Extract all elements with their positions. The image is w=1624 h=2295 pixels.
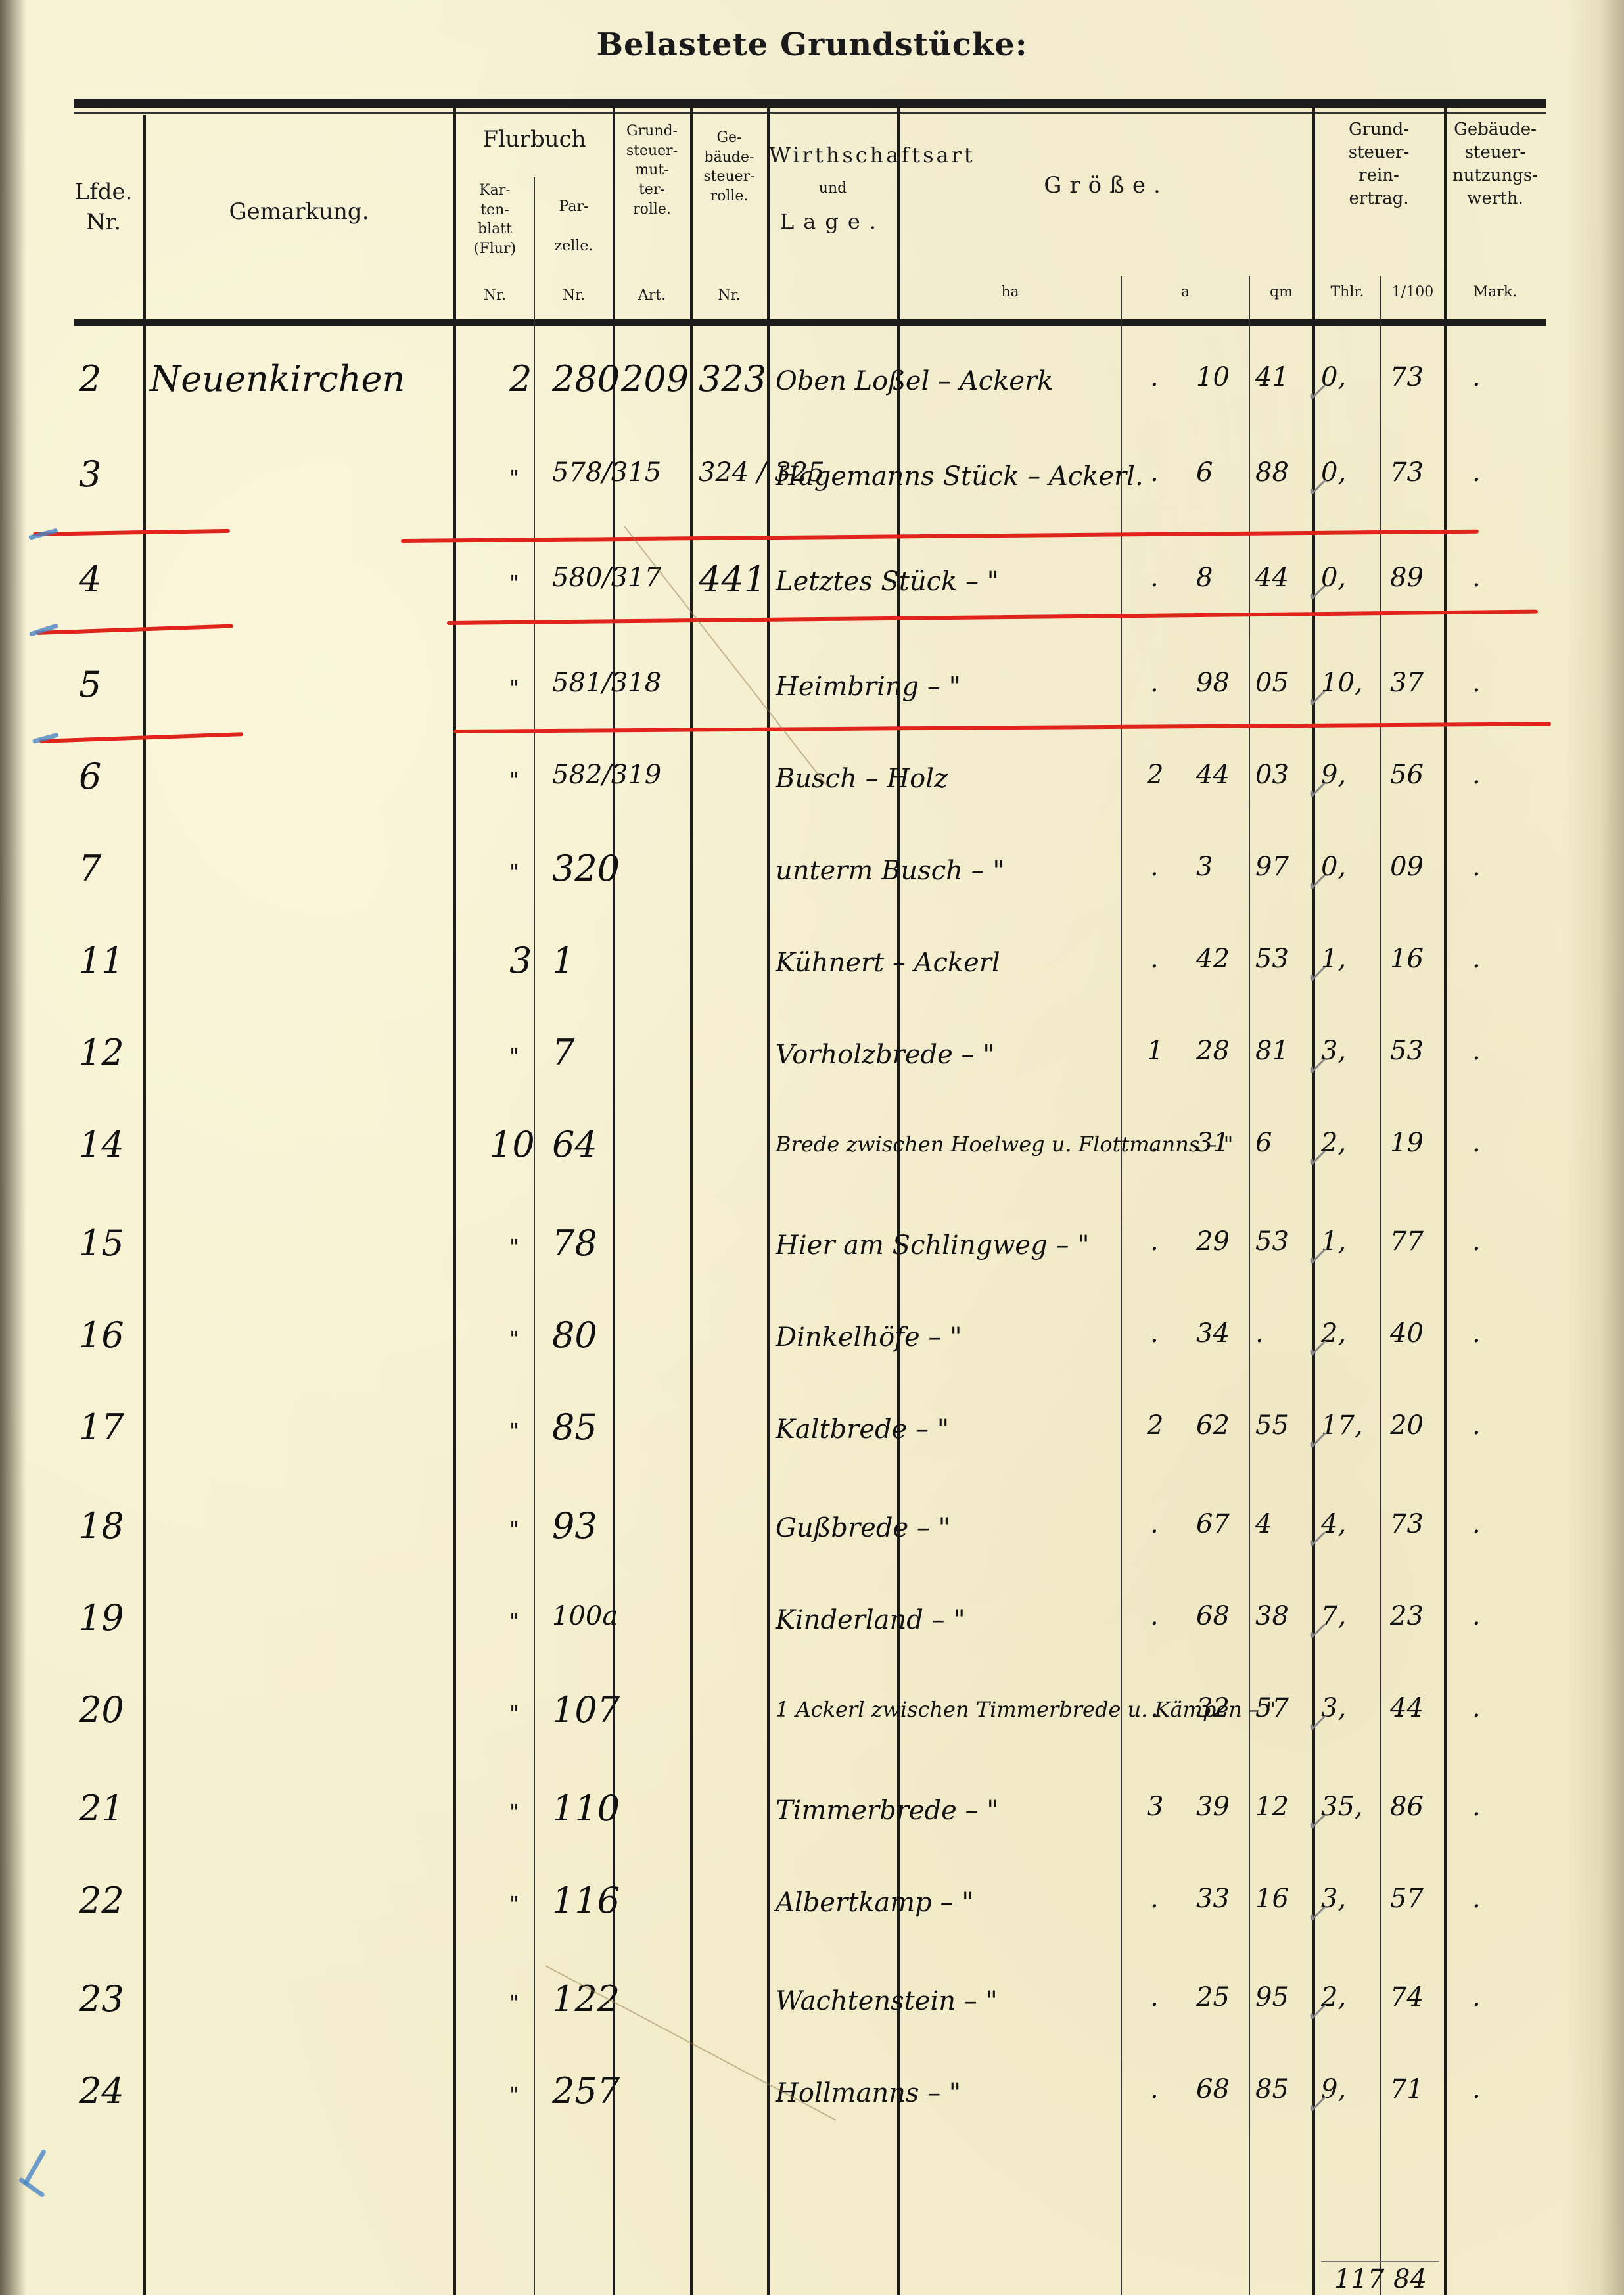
header-hundredths: 1/100 <box>1382 283 1443 302</box>
groesse-ha: . <box>1150 1318 1159 1349</box>
wirthschaftsart-lage: Letztes Stück – " <box>776 567 999 597</box>
row-number: 22 <box>79 1880 124 1921</box>
parzelle-value: 580/317 <box>552 563 661 593</box>
header-kartenblatt-unit: Nr. <box>457 286 533 306</box>
header-re-l2: steuer- <box>1314 141 1443 164</box>
groesse-qm: 16 <box>1255 1884 1289 1914</box>
groesse-ha: . <box>1150 563 1159 593</box>
flur-value: 2 <box>509 358 532 400</box>
nutzungswerth-mark: . <box>1472 760 1481 790</box>
grundsteuermutterrolle-value: 209 <box>621 358 689 400</box>
groesse-a: 44 <box>1196 760 1230 790</box>
flur-value: " <box>509 1891 519 1916</box>
groesse-ha: 2 <box>1147 1410 1163 1441</box>
row-number: 2 <box>79 358 101 400</box>
parzelle-value: 110 <box>552 1788 620 1829</box>
reinertrag-hundredths: 73 <box>1390 1509 1424 1539</box>
check-mark-icon: ✓ <box>1305 960 1327 990</box>
parzelle-value: 78 <box>552 1222 597 1264</box>
col-line-flur <box>534 177 535 2295</box>
check-mark-icon: ✓ <box>1305 2090 1327 2120</box>
nutzungswerth-mark: . <box>1472 1036 1481 1066</box>
groesse-qm: 6 <box>1255 1128 1272 1158</box>
groesse-a: 28 <box>1196 1036 1230 1066</box>
header-lfd-line1: Lfde. <box>66 177 141 208</box>
reinertrag-hundredths: 89 <box>1390 563 1424 593</box>
groesse-qm: 95 <box>1255 1982 1289 2012</box>
strike-row-5-left <box>39 732 243 743</box>
row-number: 18 <box>79 1505 124 1546</box>
header-gsmr-l3: mut- <box>615 160 689 180</box>
nutzungswerth-mark: . <box>1472 2074 1481 2104</box>
groesse-ha: 2 <box>1147 760 1163 790</box>
parzelle-value: 582/319 <box>552 760 661 790</box>
header-re-l1: Grund- <box>1314 118 1443 141</box>
page-title: Belastete Grundstücke: <box>0 26 1624 63</box>
flur-value: " <box>509 860 519 885</box>
parzelle-value: 100a <box>552 1601 618 1631</box>
header-kartenblatt: Kar- ten- blatt (Flur) <box>457 181 533 259</box>
groesse-a: 25 <box>1196 1982 1230 2012</box>
flur-value: " <box>509 1234 519 1259</box>
header-wirthschaftsart: Wirthschaftsart und Lage. <box>769 141 896 236</box>
groesse-qm: 12 <box>1255 1792 1289 1822</box>
reinertrag-hundredths: 71 <box>1390 2074 1424 2104</box>
flur-value: " <box>509 570 519 595</box>
groesse-a: 29 <box>1196 1226 1230 1257</box>
groesse-ha: . <box>1150 668 1159 698</box>
groesse-ha: . <box>1150 1128 1159 1158</box>
wirthschaftsart-lage: Dinkelhöfe – " <box>776 1322 962 1353</box>
check-mark-icon: ✓ <box>1305 578 1327 609</box>
check-mark-icon: ✓ <box>1305 1242 1327 1272</box>
parzelle-value: 578/315 <box>552 457 661 488</box>
header-gemarkung: Gemarkung. <box>146 197 452 227</box>
header-parzelle-l2: zelle. <box>536 237 612 256</box>
check-mark-icon: ✓ <box>1305 378 1327 408</box>
flur-value: 3 <box>509 940 532 981</box>
gemarkung-value: Neuenkirchen <box>150 358 405 400</box>
parzelle-value: 7 <box>552 1032 574 1073</box>
groesse-ha: . <box>1150 1509 1159 1539</box>
wirthschaftsart-lage: Kaltbrede – " <box>776 1414 949 1445</box>
header-gsmr-l2: steuer- <box>615 141 689 161</box>
header-wa-l1: Wirthschaftsart <box>769 141 896 170</box>
groesse-qm: 05 <box>1255 668 1289 698</box>
groesse-a: 42 <box>1196 944 1230 974</box>
col-line-art <box>690 108 693 2295</box>
groesse-qm: 03 <box>1255 760 1289 790</box>
check-mark-icon: ✓ <box>1305 1998 1327 2028</box>
check-mark-icon: ✓ <box>1305 1426 1327 1456</box>
header-kartenblatt-l1: Kar- <box>457 181 533 200</box>
check-mark-icon: ✓ <box>1305 1899 1327 1930</box>
header-gebaeudesteuerrolle: Ge- bäude- steuer- rolle. <box>692 128 766 206</box>
row-number: 6 <box>79 756 101 797</box>
nutzungswerth-mark: . <box>1472 1410 1481 1441</box>
header-parzelle: Par- zelle. <box>536 197 612 256</box>
nutzungswerth-mark: . <box>1472 1792 1481 1822</box>
header-gsmr-unit: Art. <box>615 286 689 306</box>
reinertrag-hundredths: 56 <box>1390 760 1424 790</box>
page-binding-shadow <box>0 0 26 2295</box>
strike-row-3-left <box>33 529 230 536</box>
groesse-qm: 57 <box>1255 1693 1289 1723</box>
col-line-geb <box>767 108 770 2295</box>
reinertrag-thlr: 35, <box>1321 1792 1363 1822</box>
header-qm: qm <box>1251 283 1312 302</box>
col-line-qm <box>1312 99 1315 2295</box>
flur-value: " <box>509 465 519 490</box>
blue-cross-stroke-1 <box>23 2149 47 2185</box>
groesse-a: 98 <box>1196 668 1230 698</box>
nutzungswerth-mark: . <box>1472 1226 1481 1257</box>
groesse-a: 34 <box>1196 1318 1230 1349</box>
header-thlr: Thlr. <box>1314 283 1380 302</box>
wirthschaftsart-lage: Heimbring – " <box>776 672 961 702</box>
nutzungswerth-mark: . <box>1472 852 1481 882</box>
row-number: 3 <box>79 453 101 495</box>
header-nw-l4: werth. <box>1446 187 1544 210</box>
header-flurbuch: Flurbuch <box>457 125 612 155</box>
check-mark-icon: ✓ <box>1305 1052 1327 1082</box>
check-mark-icon: ✓ <box>1305 868 1327 898</box>
flur-value: " <box>509 768 519 793</box>
header-lfd: Lfde. Nr. <box>66 177 141 238</box>
gebaeudesteuerrolle-value: 323 <box>699 358 766 400</box>
header-gsr-l1: Ge- <box>692 128 766 148</box>
groesse-qm: 97 <box>1255 852 1289 882</box>
parzelle-value: 85 <box>552 1406 597 1448</box>
col-line-lfd <box>143 115 146 2295</box>
groesse-a: 39 <box>1196 1792 1230 1822</box>
reinertrag-hundredths: 37 <box>1390 668 1424 698</box>
header-reinertrag: Grund- steuer- rein- ertrag. <box>1314 118 1443 210</box>
flur-value: " <box>509 1326 519 1351</box>
reinertrag-hundredths: 53 <box>1390 1036 1424 1066</box>
groesse-ha: 1 <box>1147 1036 1163 1066</box>
wirthschaftsart-lage: Busch – Holz <box>776 764 948 794</box>
groesse-ha: . <box>1150 1693 1159 1723</box>
parzelle-value: 257 <box>552 2070 620 2112</box>
row-number: 24 <box>79 2070 124 2112</box>
groesse-qm: 4 <box>1255 1509 1272 1539</box>
reinertrag-hundredths: 74 <box>1390 1982 1424 2012</box>
nutzungswerth-mark: . <box>1472 668 1481 698</box>
nutzungswerth-mark: . <box>1472 944 1481 974</box>
wirthschaftsart-lage: Vorholzbrede – " <box>776 1040 995 1070</box>
row-number: 20 <box>79 1689 124 1730</box>
groesse-qm: 85 <box>1255 2074 1289 2104</box>
row-number: 19 <box>79 1597 124 1638</box>
check-mark-icon: ✓ <box>1305 473 1327 503</box>
header-re-l4: ertrag. <box>1314 187 1443 210</box>
header-lfd-line2: Nr. <box>66 208 141 238</box>
wirthschaftsart-lage: Hagemanns Stück – Ackerl. <box>776 461 1144 492</box>
wirthschaftsart-lage: unterm Busch – " <box>776 856 1005 886</box>
nutzungswerth-mark: . <box>1472 1128 1481 1158</box>
reinertrag-hundredths: 19 <box>1390 1128 1424 1158</box>
groesse-a: 32 <box>1196 1693 1230 1723</box>
row-number: 7 <box>79 848 101 889</box>
total-thlr: 117 <box>1334 2264 1384 2294</box>
groesse-qm: 44 <box>1255 563 1289 593</box>
parzelle-value: 80 <box>552 1314 597 1356</box>
row-number: 12 <box>79 1032 124 1073</box>
flur-value: " <box>509 1799 519 1824</box>
reinertrag-hundredths: 23 <box>1390 1601 1424 1631</box>
flur-value: " <box>509 1044 519 1069</box>
groesse-a: 62 <box>1196 1410 1230 1441</box>
header-a: a <box>1123 283 1248 302</box>
total-rule <box>1321 2261 1439 2262</box>
wirthschaftsart-lage: Albertkamp – " <box>776 1888 974 1918</box>
col-line-gemarkung <box>453 108 456 2295</box>
row-number: 14 <box>79 1124 124 1165</box>
header-nw-l3: nutzungs- <box>1446 164 1544 187</box>
groesse-a: 10 <box>1196 362 1230 392</box>
header-kartenblatt-l4: (Flur) <box>457 239 533 259</box>
col-line-thlr <box>1380 276 1381 2295</box>
row-number: 21 <box>79 1788 124 1829</box>
nutzungswerth-mark: . <box>1472 1693 1481 1723</box>
row-number: 17 <box>79 1406 124 1448</box>
flur-value: " <box>509 2082 519 2107</box>
groesse-qm: 55 <box>1255 1410 1289 1441</box>
header-parzelle-l1: Par- <box>536 197 612 217</box>
flur-value: " <box>509 1418 519 1443</box>
wirthschaftsart-lage: Kühnert – Ackerl <box>776 948 1000 978</box>
page-edge <box>1565 0 1624 2295</box>
reinertrag-hundredths: 73 <box>1390 457 1424 488</box>
header-nw-l1: Gebäude- <box>1446 118 1544 141</box>
flur-value: 10 <box>490 1124 535 1165</box>
header-nw-l2: steuer- <box>1446 141 1544 164</box>
row-number: 5 <box>79 664 101 705</box>
reinertrag-hundredths: 86 <box>1390 1792 1424 1822</box>
header-re-l3: rein- <box>1314 164 1443 187</box>
nutzungswerth-mark: . <box>1472 457 1481 488</box>
row-number: 23 <box>79 1978 124 2020</box>
groesse-a: 68 <box>1196 1601 1230 1631</box>
groesse-qm: 81 <box>1255 1036 1289 1066</box>
check-mark-icon: ✓ <box>1305 1144 1327 1174</box>
row-number: 11 <box>79 940 124 981</box>
header-parzelle-unit: Nr. <box>536 286 612 306</box>
flur-value: " <box>509 676 519 701</box>
gebaeudesteuerrolle-value: 441 <box>699 559 766 600</box>
header-nutzungswerth: Gebäude- steuer- nutzungs- werth. <box>1446 118 1544 210</box>
groesse-qm: 53 <box>1255 944 1289 974</box>
wirthschaftsart-lage: Brede zwischen Hoelweg u. Flottmanns – " <box>776 1132 1233 1157</box>
nutzungswerth-mark: . <box>1472 1601 1481 1631</box>
check-mark-icon: ✓ <box>1305 776 1327 806</box>
header-wa-l3: Lage. <box>769 208 896 236</box>
header-bottom-rule <box>74 319 1546 326</box>
wirthschaftsart-lage: Wachtenstein – " <box>776 1986 998 2016</box>
nutzungswerth-mark: . <box>1472 1982 1481 2012</box>
header-gsr-l2: bäude- <box>692 148 766 168</box>
check-mark-icon: ✓ <box>1305 684 1327 714</box>
header-gsmr-l1: Grund- <box>615 122 689 141</box>
header-gsmr-l5: rolle. <box>615 200 689 220</box>
reinertrag-thlr: 10, <box>1321 668 1363 698</box>
header-gsmr-l4: ter- <box>615 180 689 200</box>
wirthschaftsart-lage: Kinderland – " <box>776 1605 965 1635</box>
nutzungswerth-mark: . <box>1472 1509 1481 1539</box>
groesse-ha: . <box>1150 457 1159 488</box>
parzelle-value: 107 <box>552 1689 620 1730</box>
check-mark-icon: ✓ <box>1305 1334 1327 1364</box>
check-mark-icon: ✓ <box>1305 1709 1327 1739</box>
nutzungswerth-mark: . <box>1472 362 1481 392</box>
groesse-qm: 41 <box>1255 362 1289 392</box>
groesse-qm: 38 <box>1255 1601 1289 1631</box>
strike-row-3 <box>401 530 1479 543</box>
check-mark-icon: ✓ <box>1305 1617 1327 1647</box>
nutzungswerth-mark: . <box>1472 1318 1481 1349</box>
reinertrag-hundredths: 40 <box>1390 1318 1424 1349</box>
header-wa-l2: und <box>769 179 896 198</box>
reinertrag-hundredths: 20 <box>1390 1410 1424 1441</box>
col-line-parzelle <box>613 108 615 2295</box>
nutzungswerth-mark: . <box>1472 563 1481 593</box>
groesse-qm: 88 <box>1255 457 1289 488</box>
parzelle-value: 280 <box>552 358 620 400</box>
header-kartenblatt-l3: blatt <box>457 220 533 239</box>
flur-value: " <box>509 1609 519 1634</box>
reinertrag-hundredths: 44 <box>1390 1693 1424 1723</box>
wirthschaftsart-lage: Timmerbrede – " <box>776 1796 999 1826</box>
header-ha: ha <box>900 283 1120 302</box>
parzelle-value: 93 <box>552 1505 597 1546</box>
strike-row-4-left <box>36 624 233 635</box>
check-mark-icon: ✓ <box>1305 1525 1327 1555</box>
wirthschaftsart-lage: Hier am Schlingweg – " <box>776 1230 1090 1261</box>
reinertrag-thlr: 17, <box>1321 1410 1363 1441</box>
groesse-a: 31 <box>1196 1128 1230 1158</box>
reinertrag-hundredths: 73 <box>1390 362 1424 392</box>
col-line-desc <box>897 99 900 2295</box>
row-number: 16 <box>79 1314 124 1356</box>
header-gsr-l3: steuer- <box>692 167 766 187</box>
reinertrag-hundredths: 09 <box>1390 852 1424 882</box>
header-mark: Mark. <box>1446 283 1544 302</box>
reinertrag-hundredths: 57 <box>1390 1884 1424 1914</box>
header-top-rule <box>74 99 1546 108</box>
groesse-ha: 3 <box>1147 1792 1163 1822</box>
parzelle-value: 320 <box>552 848 620 889</box>
groesse-a: 68 <box>1196 2074 1230 2104</box>
col-line-reinertrag <box>1444 99 1447 2295</box>
check-mark-icon: ✓ <box>1305 1807 1327 1838</box>
flur-value: " <box>509 1701 519 1726</box>
strike-row-5 <box>453 722 1551 733</box>
groesse-ha: . <box>1150 1884 1159 1914</box>
col-line-ha <box>1121 276 1122 2295</box>
flur-value: " <box>509 1517 519 1542</box>
groesse-ha: . <box>1150 1226 1159 1257</box>
parzelle-value: 1 <box>552 940 574 981</box>
groesse-a: 6 <box>1196 457 1213 488</box>
groesse-a: 33 <box>1196 1884 1230 1914</box>
groesse-ha: . <box>1150 1982 1159 2012</box>
strike-row-4 <box>447 610 1538 625</box>
parzelle-value: 64 <box>552 1124 597 1165</box>
groesse-a: 8 <box>1196 563 1213 593</box>
reinertrag-hundredths: 77 <box>1390 1226 1424 1257</box>
header-top-rule-thin <box>74 112 1546 114</box>
reinertrag-hundredths: 16 <box>1390 944 1424 974</box>
row-number: 15 <box>79 1222 124 1264</box>
groesse-qm: 53 <box>1255 1226 1289 1257</box>
groesse-ha: . <box>1150 2074 1159 2104</box>
header-groesse: Größe. <box>900 171 1312 201</box>
col-line-a <box>1249 276 1250 2295</box>
nutzungswerth-mark: . <box>1472 1884 1481 1914</box>
groesse-ha: . <box>1150 852 1159 882</box>
header-grundsteuermutterrolle: Grund- steuer- mut- ter- rolle. <box>615 122 689 219</box>
wirthschaftsart-lage: Gußbrede – " <box>776 1513 950 1543</box>
groesse-a: 67 <box>1196 1509 1230 1539</box>
groesse-ha: . <box>1150 944 1159 974</box>
header-kartenblatt-l2: ten- <box>457 200 533 220</box>
header-gsr-l4: rolle. <box>692 187 766 206</box>
flur-value: " <box>509 1990 519 2015</box>
header-gsr-unit: Nr. <box>692 286 766 306</box>
groesse-ha: . <box>1150 362 1159 392</box>
groesse-ha: . <box>1150 1601 1159 1631</box>
parzelle-value: 116 <box>552 1880 620 1921</box>
total-hundredths: 84 <box>1393 2264 1427 2294</box>
parzelle-value: 581/318 <box>552 668 661 698</box>
wirthschaftsart-lage: Oben Loßel – Ackerk <box>776 366 1053 396</box>
groesse-qm: . <box>1255 1318 1264 1349</box>
groesse-a: 3 <box>1196 852 1213 882</box>
row-number: 4 <box>79 559 101 600</box>
